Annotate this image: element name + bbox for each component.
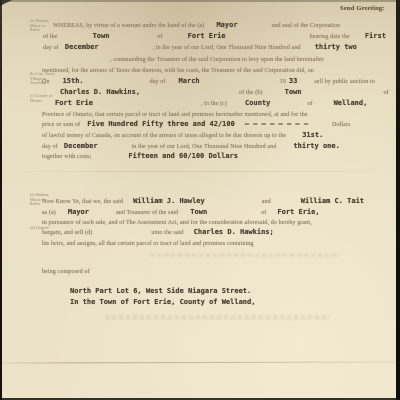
typed-entry: Town — [190, 208, 207, 216]
scan-edge-top — [0, 0, 400, 2]
printed-text: of — [157, 34, 162, 40]
printed-text: day of — [150, 79, 166, 85]
form-line: being composed of — [42, 265, 90, 276]
typed-entry: December — [65, 43, 99, 51]
typed-entry: In the Town of Fort Erie, County of Well… — [70, 298, 255, 306]
printed-text: of the — [43, 34, 58, 40]
typed-entry: Mayor — [68, 208, 89, 216]
fold-crease — [0, 361, 400, 363]
printed-text: 19 — [280, 79, 286, 85]
printed-text: sell by public auction to — [314, 79, 375, 85]
form-line: of the Town of Fort Erie bearing date th… — [43, 30, 386, 41]
typed-entry: Town — [285, 88, 302, 96]
typed-entry: William C. Tait — [301, 197, 364, 205]
typed-entry: Charles D. Hawkins; — [194, 228, 274, 236]
form-line: together with costs; Fifteen and 60/100 … — [42, 150, 238, 161]
form-line: In the Town of Fort Erie, County of Well… — [70, 296, 255, 306]
margin-note-line: District — [30, 99, 58, 104]
fold-crease — [0, 171, 400, 172]
printed-text: of — [383, 90, 388, 96]
typed-entry: William J. Hawley — [133, 197, 205, 205]
form-line: his heirs, and assigns, all that certain… — [42, 237, 254, 248]
form-line: price or sum of Five Hundred Fifty three… — [42, 118, 351, 129]
typed-entry: County — [245, 99, 270, 107]
typed-entry: Fifteen and 60/100 Dollars — [128, 152, 238, 160]
printed-text: of the (b) — [239, 90, 263, 96]
printed-text: , in the (c) — [201, 101, 227, 107]
form-line: Charles D. Hawkins, of the (b) Town of — [60, 86, 389, 97]
printed-text: being composed of — [42, 269, 90, 275]
printed-text: and seal of the Corporation — [272, 23, 341, 29]
typed-entry: Five Hundred Fifty three and 42/100 — [87, 120, 235, 128]
typed-entry: March — [179, 77, 200, 85]
printed-text: bargain, and sell (d) — [42, 230, 92, 236]
form-line: Fort Erie , in the (c) County of Welland… — [55, 97, 367, 108]
form-line: On 15th. day of March 19 33 sell by publ… — [42, 75, 375, 86]
scan-edge-right — [396, 0, 400, 400]
scan-edge-left — [0, 0, 2, 400]
typed-entry: 15th. — [63, 77, 84, 85]
printed-text: of — [307, 101, 312, 107]
scan-corner-mark — [0, 0, 12, 6]
printed-text: , in the year of our Lord, One Thousand … — [153, 45, 301, 51]
form-line: North Part Lot 6, West Side Niagara Stre… — [70, 285, 251, 295]
printed-text: Now Know Ye, that we, the said — [42, 199, 123, 205]
typed-entry: thirty one. — [293, 142, 339, 150]
printed-text: his heirs, and assigns, all that certain… — [42, 241, 254, 247]
printed-text: , commanding the Treasurer of the said C… — [110, 57, 324, 63]
typed-entry: Charles D. Hawkins, — [60, 88, 140, 96]
form-line: WHEREAS, by virtue of a warrant under th… — [53, 19, 340, 30]
ghost-smudge — [150, 253, 340, 257]
typed-entry: 33 — [289, 77, 297, 85]
typed-entry: Fort Erie — [188, 32, 226, 40]
form-line: day of December , in the year of our Lor… — [43, 41, 357, 52]
form-line: , commanding the Treasurer of the said C… — [110, 53, 324, 64]
ghost-smudge — [105, 315, 330, 320]
typed-entry: 31st. — [302, 131, 323, 139]
form-line: mentioned, for the arrears of Taxes due … — [42, 64, 314, 75]
printed-text: day of — [43, 45, 59, 51]
form-line: of lawful money of Canada, on account of… — [42, 129, 323, 140]
scanned-deed-page: Send Greeting: (a) Warden, Mayor or Reev… — [0, 0, 400, 400]
typed-entry: Fort Erie — [55, 99, 93, 107]
form-line: bargain, and sell (d) unto the said Char… — [42, 226, 274, 237]
typed-entry: thirty two — [315, 43, 357, 51]
printed-text: of lawful money of Canada, on account of… — [42, 133, 286, 139]
typed-dashes: — — — — — — — — — [245, 120, 308, 128]
printed-text: On — [42, 79, 50, 85]
greeting-text: Send Greeting: — [340, 5, 385, 12]
printed-text: together with costs; — [42, 154, 91, 160]
typed-entry: North Part Lot 6, West Side Niagara Stre… — [70, 287, 251, 295]
printed-text: Dollars — [332, 122, 351, 128]
typed-entry: First — [365, 32, 386, 40]
printed-text: mentioned, for the arrears of Taxes due … — [42, 68, 314, 74]
margin-note: (c) County or District — [30, 94, 58, 103]
printed-text: unto the said — [151, 230, 183, 236]
printed-text: price or sum of — [42, 122, 80, 128]
printed-text: bearing date the — [310, 34, 350, 40]
typed-entry: Welland, — [334, 99, 368, 107]
printed-text: WHEREAS, by virtue of a warrant under th… — [53, 23, 204, 29]
typed-entry: Fort Erie, — [277, 208, 319, 216]
